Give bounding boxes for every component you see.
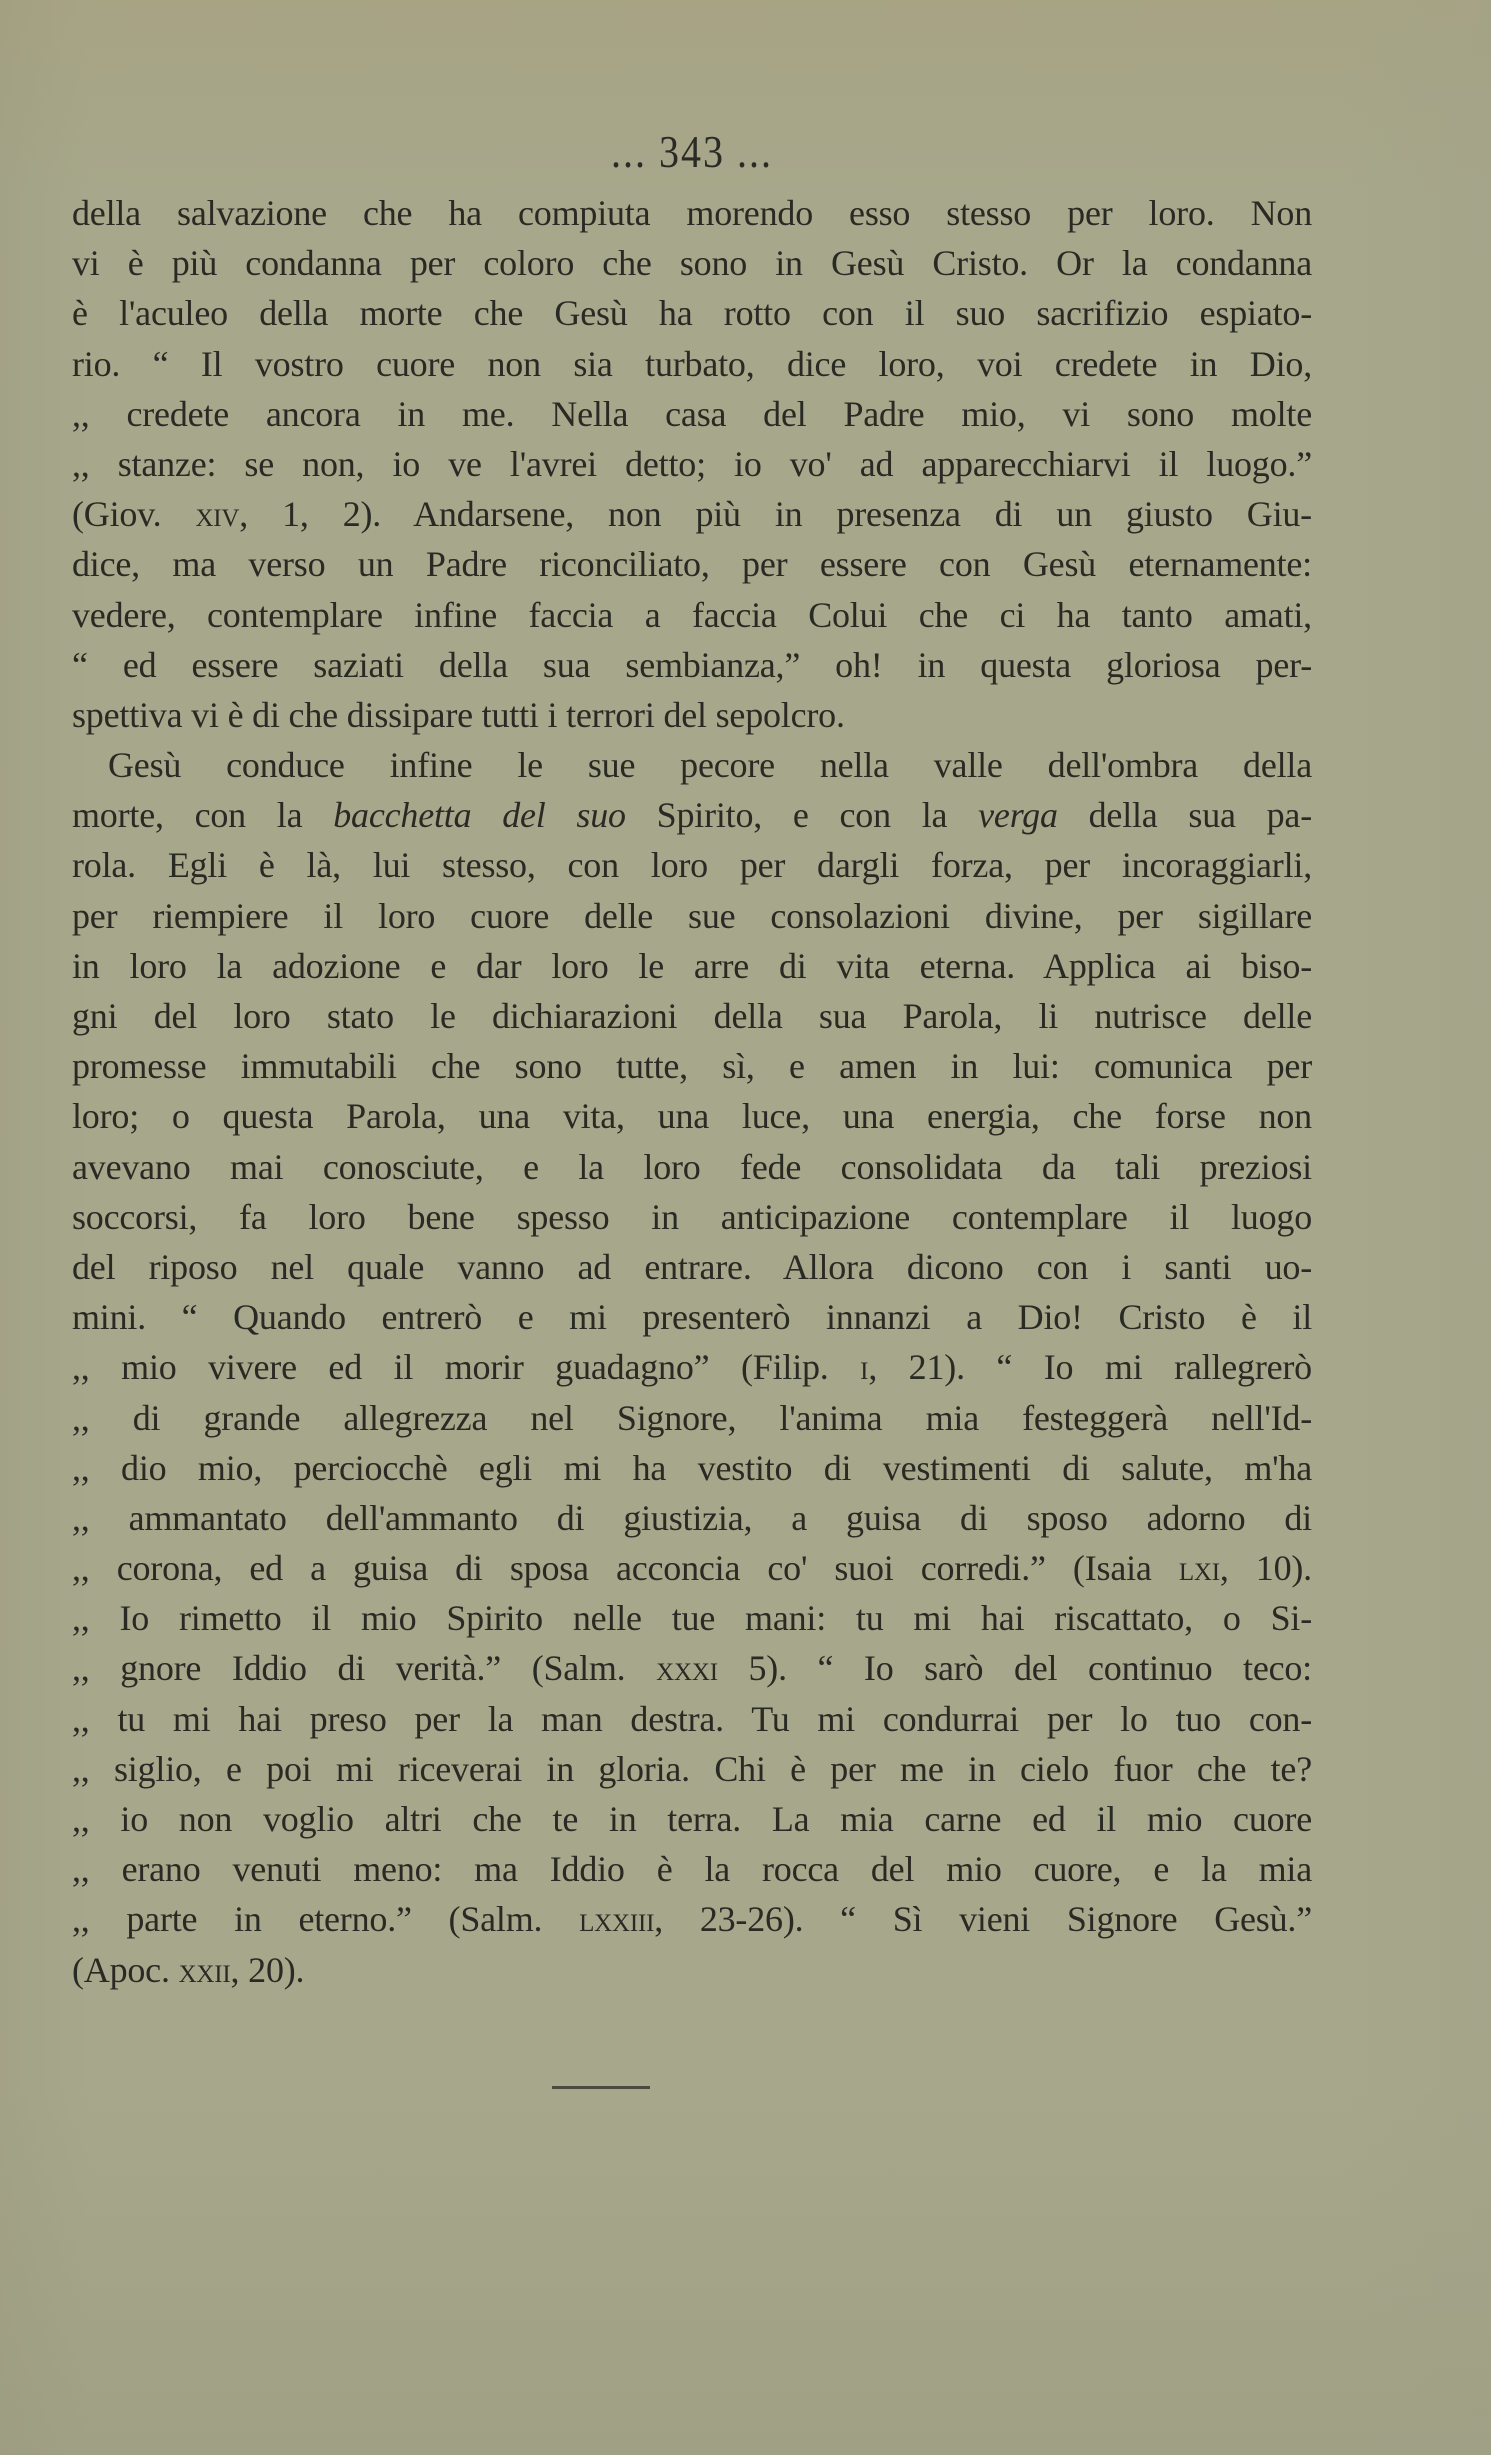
text-line: ,, stanze: se non, io ve l'avrei detto; …: [72, 439, 1312, 489]
text-line: ,, tu mi hai preso per la man destra. Tu…: [72, 1694, 1312, 1744]
text-line: ,, ammantato dell'ammanto di giustizia, …: [72, 1493, 1312, 1543]
text-line: ,, io non voglio altri che te in terra. …: [72, 1794, 1312, 1844]
text-line: avevano mai conosciute, e la loro fede c…: [72, 1142, 1312, 1192]
paragraph-2: Gesù conduce infine le sue pecore nella …: [72, 740, 1312, 1995]
text-line: Gesù conduce infine le sue pecore nella …: [72, 740, 1312, 790]
page-number: ... 343 ...: [72, 124, 1312, 178]
text-line: ,, credete ancora in me. Nella casa del …: [72, 389, 1312, 439]
text-line: soccorsi, fa loro bene spesso in anticip…: [72, 1192, 1312, 1242]
roman-numeral: I: [860, 1347, 868, 1387]
paragraph-1: della salvazione che ha compiuta morendo…: [72, 188, 1312, 740]
text-line: vi è più condanna per coloro che sono in…: [72, 238, 1312, 288]
text-line: “ ed essere saziati della sua sembianza,…: [72, 640, 1312, 690]
text-line: ,, corona, ed a guisa di sposa acconcia …: [72, 1543, 1312, 1593]
text-line: dice, ma verso un Padre riconciliato, pe…: [72, 539, 1312, 589]
italic-phrase: bacchetta del suo: [333, 795, 626, 835]
text-line: ,, siglio, e poi mi riceverai in gloria.…: [72, 1744, 1312, 1794]
roman-numeral: XXII: [179, 1950, 231, 1990]
text-line: loro; o questa Parola, una vita, una luc…: [72, 1091, 1312, 1141]
text-line: ,, mio vivere ed il morir guadagno” (Fil…: [72, 1342, 1312, 1392]
text-line: è l'aculeo della morte che Gesù ha rotto…: [72, 288, 1312, 338]
text-line: promesse immutabili che sono tutte, sì, …: [72, 1041, 1312, 1091]
text-line: ,, parte in eterno.” (Salm. LXXIII, 23-2…: [72, 1894, 1312, 1944]
text-line-with-italics: morte, con la bacchetta del suo Spirito,…: [72, 790, 1312, 840]
text-line: ,, Io rimetto il mio Spirito nelle tue m…: [72, 1593, 1312, 1643]
text-line: ,, gnore Iddio di verità.” (Salm. XXXI 5…: [72, 1643, 1312, 1693]
text-line: mini. “ Quando entrerò e mi presenterò i…: [72, 1292, 1312, 1342]
roman-numeral: LXI: [1179, 1548, 1220, 1588]
roman-numeral: XIV: [195, 494, 239, 534]
text-line: spettiva vi è di che dissipare tutti i t…: [72, 690, 1312, 740]
end-of-chapter-rule: [552, 2086, 650, 2089]
text-line: in loro la adozione e dar loro le arre d…: [72, 941, 1312, 991]
text-line: ,, erano venuti meno: ma Iddio è la rocc…: [72, 1844, 1312, 1894]
text-line: (Apoc. XXII, 20).: [72, 1945, 1312, 1995]
text-line: per riempiere il loro cuore delle sue co…: [72, 891, 1312, 941]
text-line: ,, dio mio, perciocchè egli mi ha vestit…: [72, 1443, 1312, 1493]
italic-phrase: verga: [978, 795, 1058, 835]
text-line: del riposo nel quale vanno ad entrare. A…: [72, 1242, 1312, 1292]
text-line: gni del loro stato le dichiarazioni dell…: [72, 991, 1312, 1041]
body-text: della salvazione che ha compiuta morendo…: [72, 188, 1312, 1995]
text-line: rola. Egli è là, lui stesso, con loro pe…: [72, 840, 1312, 890]
text-line: rio. “ Il vostro cuore non sia turbato, …: [72, 339, 1312, 389]
roman-numeral: LXXIII: [579, 1899, 654, 1939]
text-line: vedere, contemplare infine faccia a facc…: [72, 590, 1312, 640]
text-line: ,, di grande allegrezza nel Signore, l'a…: [72, 1393, 1312, 1443]
text-line: (Giov. XIV, 1, 2). Andarsene, non più in…: [72, 489, 1312, 539]
roman-numeral: XXXI: [656, 1648, 718, 1688]
text-line: della salvazione che ha compiuta morendo…: [72, 188, 1312, 238]
